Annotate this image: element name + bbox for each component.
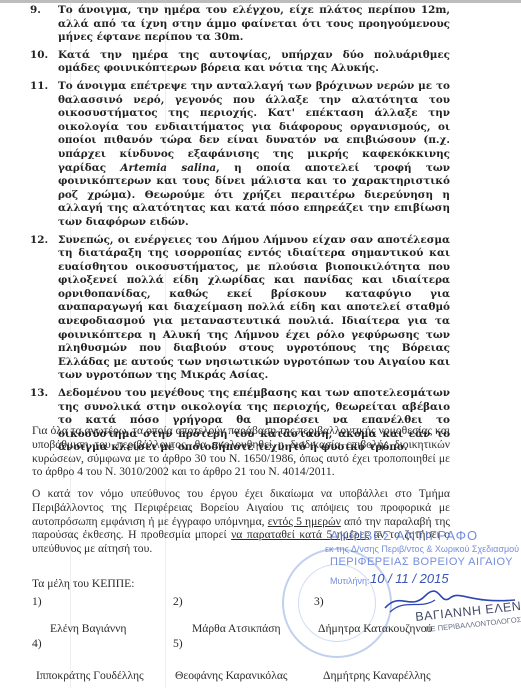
stamp-place: Μυτιλήνη: [330,576,370,586]
item-text: Το άνοιγμα, την ημέρα του ελέγχου, είχε … [58,4,450,43]
item-number: 12. [30,234,48,248]
member-index: 5) [173,637,183,650]
member-index: 3) [314,595,324,608]
member-name: Ελένη Βαγιάννη [50,622,126,635]
member-name: Ιπποκράτης Γουδέλλης [36,669,144,682]
list-item: 10. Κατά την ημέρα της αυτοψίας, υπήρχαν… [30,49,450,76]
deadline-underlined: εντός 5 ημερών [268,515,341,528]
item-text: Το άνοιγμα επέτρεψε την ανταλλαγή των βρ… [58,80,450,174]
page-top-edge [0,0,521,3]
item-text: Συνεπώς, οι ενέργειες του Δήμου Λήμνου ε… [58,234,450,382]
stamp-date: 10 / 11 / 2015 [370,571,449,586]
member-index: 1) [32,595,42,608]
item-number: 11. [30,80,48,94]
member-index: 4) [32,637,42,650]
stamp-certified-copy: ΑΚΡΙΒΕΣ ΑΝΤΙΓΡΑΦΟ [330,528,478,543]
findings-list: 9. Το άνοιγμα, την ημέρα του ελέγχου, εί… [30,4,450,459]
member-name: Δήμητρα Κατακουζηνού [318,622,432,635]
item-number: 10. [30,49,48,63]
list-item: 12. Συνεπώς, οι ενέργειες του Δήμου Λήμν… [30,234,450,384]
members-heading: Τα μέλη του ΚΕΠΠΕ: [32,577,134,590]
member-name: Δημήτρης Καναρέλλης [323,669,431,682]
species-name: Artemia salina [120,162,216,174]
list-item: 9. Το άνοιγμα, την ημέρα του ελέγχου, εί… [30,4,450,45]
member-name: Θεοφάνης Καρανικόλας [175,669,288,682]
stamp-directorate: εκ της Δ/νσης Περιβ/ντος & Χωρικού Σχεδι… [325,544,519,554]
item-text: Κατά την ημέρα της αυτοψίας, υπήρχαν δύο… [58,49,450,75]
stamp-region: ΠΕΡΙΦΕΡΕΙΑΣ ΒΟΡΕΙΟΥ ΑΙΓΑΙΟΥ [330,556,513,568]
member-index: 2) [173,595,183,608]
item-number: 9. [30,4,41,18]
legal-paragraph: Για όλα τα ανωτέρω, τα οποία αποτελούν π… [32,424,450,479]
item-number: 13. [30,387,48,401]
list-item: 11. Το άνοιγμα επέτρεψε την ανταλλαγή τω… [30,80,450,230]
member-name: Μάρθα Ατσικπάση [192,622,281,635]
